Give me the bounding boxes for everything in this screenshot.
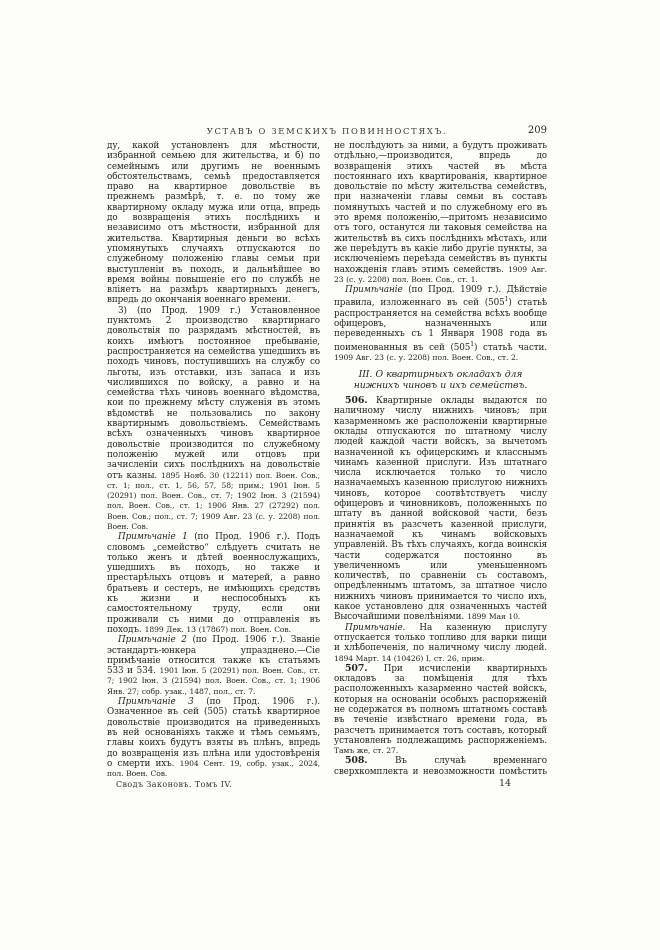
- paragraph: 3) (по Прод. 1909 г.) Установленное пунк…: [107, 306, 320, 533]
- text-segment: 508.: [345, 755, 367, 766]
- text-segment: 1909 Авг. 23 (с. у. 2208) пол. Воен. Сов…: [334, 353, 518, 362]
- text-block: ду, какой установленъ для мѣстности, изб…: [107, 141, 547, 777]
- text-segment: 3) (по Прод. 1909 г.) Установленное пунк…: [107, 306, 320, 481]
- left-column: ду, какой установленъ для мѣстности, изб…: [107, 141, 320, 777]
- paragraph: 507. При исчисленіи квартирныхъ окладовъ…: [334, 664, 547, 757]
- paragraph: Примѣчаніе 3 (по Прод. 1906 г.). Означен…: [107, 697, 320, 777]
- sheet-number: 14: [499, 778, 511, 789]
- text-segment: III. О квартирныхъ окладахъ для нижнихъ …: [354, 369, 528, 391]
- section-heading: III. О квартирныхъ окладахъ для нижнихъ …: [338, 369, 543, 391]
- text-segment: 507.: [345, 663, 367, 674]
- text-segment: При исчисленіи квартирныхъ окладовъ за п…: [334, 664, 547, 746]
- text-segment: ) статьѣ части.: [474, 342, 547, 352]
- paragraph: Примѣчаніе 2 (по Прод. 1906 г.). Званіе …: [107, 635, 320, 697]
- page-footer: Сводъ Законовъ. Томъ IV. 14: [107, 778, 547, 792]
- paragraph: Примѣчаніе. На казенную прислугу отпуска…: [334, 623, 547, 664]
- paragraph: ду, какой установленъ для мѣстности, изб…: [107, 141, 320, 306]
- text-segment: Примѣчаніе: [345, 285, 403, 295]
- text-segment: 506.: [345, 395, 367, 406]
- text-segment: (по Прод. 1906 г.). Подъ словомъ „семейс…: [107, 532, 320, 635]
- text-segment: ду, какой установленъ для мѣстности, изб…: [107, 141, 320, 305]
- imprint: Сводъ Законовъ. Томъ IV.: [116, 780, 232, 789]
- paragraph: Примѣчаніе 1 (по Прод. 1906 г.). Подъ сл…: [107, 532, 320, 635]
- text-segment: Примѣчаніе 3: [118, 697, 194, 707]
- text-segment: 1899 Дек. 13 (17867) пол. Воен. Сов.: [145, 625, 291, 634]
- paragraph: 508. Въ случаѣ временнаго сверхкомплекта…: [334, 756, 547, 777]
- running-title: УСТАВЪ О ЗЕМСКИХЪ ПОВИННОСТЯХЪ.: [107, 126, 547, 136]
- page-number: 209: [528, 125, 547, 136]
- text-segment: Квартирные оклады выдаются по наличному …: [334, 396, 547, 622]
- text-segment: Примѣчаніе.: [345, 623, 405, 633]
- text-segment: Примѣчаніе 1: [118, 532, 188, 542]
- text-segment: 1894 Март. 14 (10426) I, ст. 26, прим.: [334, 654, 484, 663]
- right-column: не послѣдуютъ за ними, а будутъ проживат…: [334, 141, 547, 777]
- scanned-page: УСТАВЪ О ЗЕМСКИХЪ ПОВИННОСТЯХЪ. 209 ду, …: [0, 0, 660, 950]
- paragraph: Примѣчаніе (по Прод. 1909 г.). Дѣйствіе …: [334, 285, 547, 363]
- page-header: УСТАВЪ О ЗЕМСКИХЪ ПОВИННОСТЯХЪ. 209: [107, 126, 547, 140]
- paragraph: 506. Квартирные оклады выдаются по налич…: [334, 396, 547, 623]
- text-segment: Примѣчаніе 2: [118, 635, 187, 645]
- text-segment: не послѣдуютъ за ними, а будутъ проживат…: [334, 141, 547, 275]
- text-segment: 1899 Мая 10.: [467, 612, 520, 621]
- text-segment: Тамъ же, ст. 27.: [334, 746, 398, 755]
- paragraph: не послѣдуютъ за ними, а будутъ проживат…: [334, 141, 547, 285]
